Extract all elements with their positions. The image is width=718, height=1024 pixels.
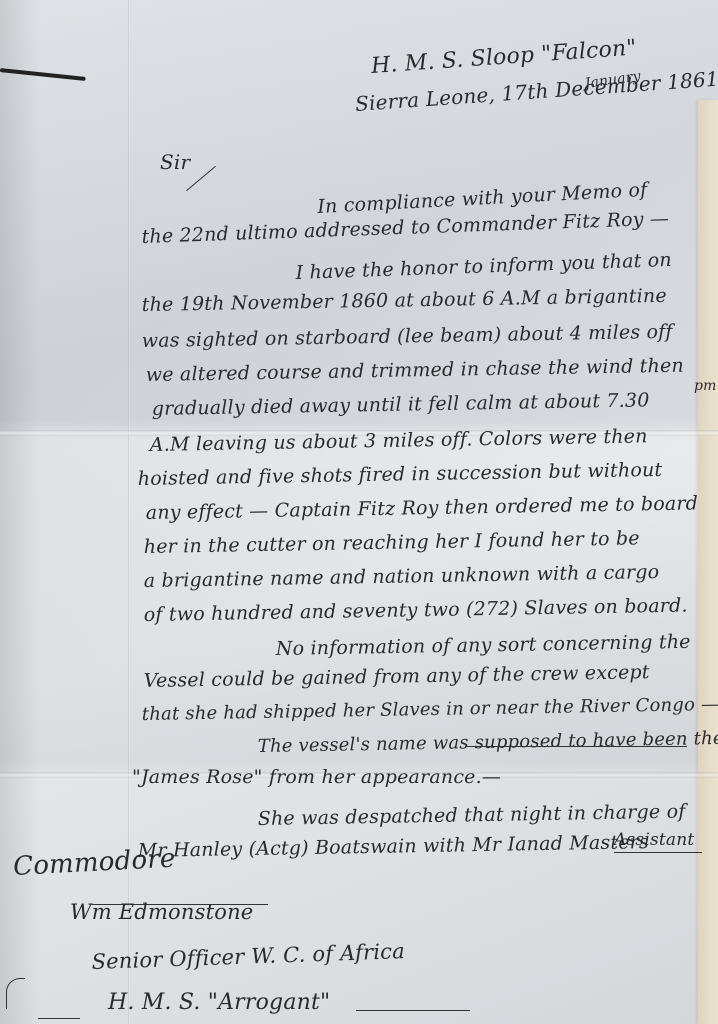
body-line: her in the cutter on reaching her I foun…: [144, 527, 640, 558]
body-line: No information of any sort concerning th…: [276, 631, 691, 660]
ink-stroke-mark: [0, 68, 86, 81]
body-line: was sighted on starboard (lee beam) abou…: [142, 321, 673, 352]
body-line: that she had shipped her Slaves in or ne…: [142, 694, 718, 725]
body-line: I have the honor to inform you that on: [295, 249, 672, 284]
line-filler-rule: [465, 746, 687, 747]
addressee-ship-rule: [356, 1010, 470, 1011]
body-line: She was despatched that night in charge …: [258, 801, 686, 830]
letter-page: H. M. S. Sloop "Falcon" January Sierra L…: [0, 0, 718, 1024]
body-line: "James Rose" from her appearance.—: [132, 766, 501, 788]
body-line: Vessel could be gained from any of the c…: [144, 661, 650, 692]
body-line: Assistant: [614, 830, 694, 850]
body-line: any effect — Captain Fitz Roy then order…: [146, 492, 699, 524]
body-line: The vessel's name was supposed to have b…: [258, 728, 718, 757]
body-line: hoisted and five shots fired in successi…: [138, 459, 663, 490]
address-bracket: [6, 978, 25, 1009]
addressee-name-rule: [92, 904, 268, 905]
addressee-role: Senior Officer W. C. of Africa: [91, 939, 405, 974]
body-superscript: pm: [694, 378, 717, 394]
body-line: of two hundred and seventy two (272) Sla…: [144, 595, 688, 626]
salutation-flourish: [186, 166, 216, 191]
body-line: Mr Hanley (Actg) Boatswain with Mr Ianad…: [138, 831, 649, 862]
body-line: gradually died away until it fell calm a…: [152, 389, 650, 420]
assistant-underline: [614, 852, 702, 853]
addressee-ship: H. M. S. "Arrogant": [108, 990, 330, 1015]
underlying-sheet-edge: [698, 100, 718, 1024]
body-line: a brigantine name and nation unknown wit…: [144, 561, 660, 592]
salutation: Sir: [160, 150, 190, 174]
body-line: we altered course and trimmed in chase t…: [146, 355, 684, 386]
bracket-rule: [38, 1018, 80, 1019]
body-line: the 19th November 1860 at about 6 A.M a …: [142, 285, 667, 316]
heading-ship: H. M. S. Sloop "Falcon": [370, 35, 637, 79]
body-line: the 22nd ultimo addressed to Commander F…: [141, 208, 669, 248]
addressee-title: Commodore: [12, 844, 176, 882]
